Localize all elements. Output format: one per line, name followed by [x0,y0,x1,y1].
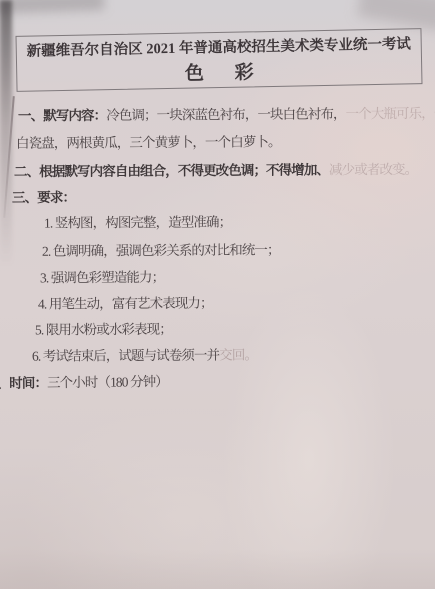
requirement-item-4: 4. 用笔生动，富有艺术表现力； [38,291,213,312]
requirement-item-1: 1. 竖构图，构图完整，造型准确； [44,210,231,231]
requirement-item-5: 5. 限用水粉或水彩表现； [35,318,172,339]
requirement-6-text: 6. 考试结束后，试题与试卷须一并 [32,348,219,364]
requirement-3-text: 3. 强调色彩塑造能力； [40,270,164,286]
section-4-heading: 时间： [9,375,47,390]
section-1-heading: 默写内容： [43,108,106,123]
section-4-number: 四、 [0,376,9,391]
section-1-continuation-line: 白瓷盘，两根黄瓜，三个黄萝卜，一个白萝卜。 [16,130,281,152]
section-1-continuation-text: 白瓷盘，两根黄瓜，三个黄萝卜，一个白萝卜。 [16,134,281,151]
requirement-1-text: 1. 竖构图，构图完整，造型准确； [44,214,231,230]
section-4-text: 三个小时（180 分钟） [47,374,168,390]
exam-paper-photo: 新疆维吾尔自治区 2021 年普通高校招生美术类专业统一考试 色 彩 一、默写内… [0,0,435,589]
section-2-text: 根据默写内容自由组合，不得更改色调；不得增加、 [39,162,329,179]
requirement-6-text-faded: 交回。 [219,347,257,362]
section-1-content-line: 一、默写内容：冷色调；一块深蓝色衬布，一块白色衬布，一个大瓶可乐，一个 [18,102,435,125]
section-1-text: 冷色调；一块深蓝色衬布，一块白色衬布， [106,106,345,122]
section-1-number: 一、 [18,108,43,123]
section-4-time-line: 四、时间：三个小时（180 分钟） [0,370,168,392]
exam-title-box: 新疆维吾尔自治区 2021 年普通高校招生美术类专业统一考试 色 彩 [15,28,422,92]
section-3-line: 三、要求： [12,186,75,206]
section-2-text-faded: 减少或者改变。 [329,162,417,178]
photo-shadow-top-right [357,0,435,32]
requirement-2-text: 2. 色调明确，强调色彩关系的对比和统一； [42,242,280,258]
photo-shadow-top-left [0,0,104,14]
requirement-item-6: 6. 考试结束后，试题与试卷须一并交回。 [32,343,257,364]
section-3-number: 三、 [12,190,37,205]
section-3-heading: 要求： [37,190,75,205]
requirement-4-text: 4. 用笔生动，富有艺术表现力； [38,295,213,311]
exam-subject: 色 彩 [172,57,267,86]
requirement-item-2: 2. 色调明确，强调色彩关系的对比和统一； [42,238,280,259]
photo-vignette-bottom [0,549,435,589]
section-1-text-faded: 一个大瓶可乐，一个 [346,106,435,122]
requirement-5-text: 5. 限用水粉或水彩表现； [35,322,172,338]
exam-title: 新疆维吾尔自治区 2021 年普通高校招生美术类专业统一考试 [26,32,411,60]
section-2-number: 二、 [14,164,39,179]
section-2-line: 二、根据默写内容自由组合，不得更改色调；不得增加、减少或者改变。 [14,158,417,180]
requirement-item-3: 3. 强调色彩塑造能力； [40,266,164,287]
